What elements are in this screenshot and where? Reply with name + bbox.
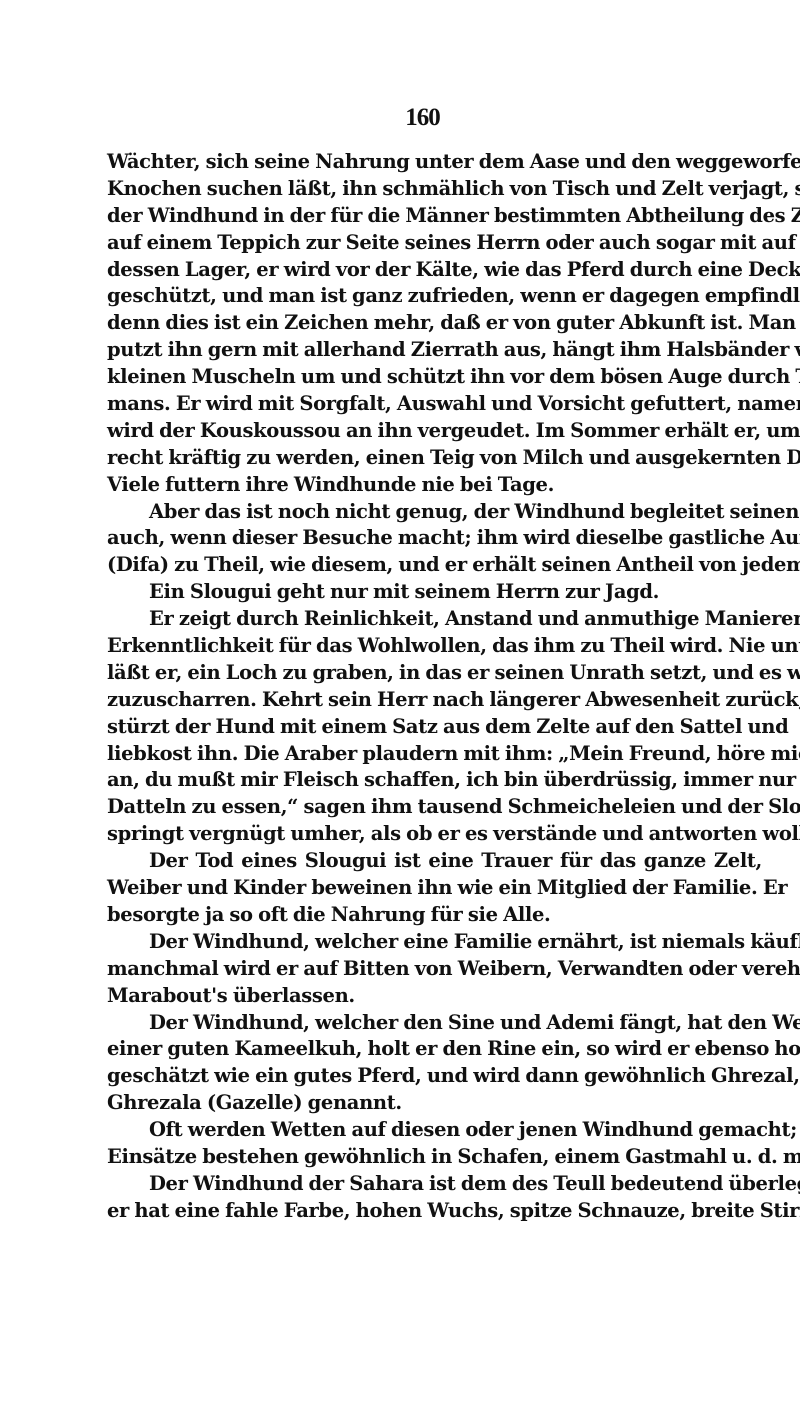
text-line: läßt er, ein Loch zu graben, in das er s… xyxy=(107,660,762,687)
text-line: recht kräftig zu werden, einen Teig von … xyxy=(107,445,762,472)
text-line: auf einem Teppich zur Seite seines Herrn… xyxy=(107,230,762,257)
text-line: er hat eine fahle Farbe, hohen Wuchs, sp… xyxy=(107,1198,762,1225)
text-line: der Windhund in der für die Männer besti… xyxy=(107,203,762,230)
text-line: stürzt der Hund mit einem Satz aus dem Z… xyxy=(107,714,762,741)
paragraph-start-line: Ein Slougui geht nur mit seinem Herrn zu… xyxy=(107,579,762,606)
text-line: Ghrezala (Gazelle) genannt. xyxy=(107,1090,762,1117)
text-line: Datteln zu essen,“ sagen ihm tausend Sch… xyxy=(107,794,762,821)
body-text: Wächter, sich seine Nahrung unter dem Aa… xyxy=(107,149,762,1225)
paragraph-start-line: Er zeigt durch Reinlichkeit, Anstand und… xyxy=(107,606,762,633)
text-line: mans. Er wird mit Sorgfalt, Auswahl und … xyxy=(107,391,762,418)
text-line: geschätzt wie ein gutes Pferd, und wird … xyxy=(107,1063,762,1090)
text-line: dessen Lager, er wird vor der Kälte, wie… xyxy=(107,257,762,284)
text-line: besorgte ja so oft die Nahrung für sie A… xyxy=(107,902,762,929)
text-line: Viele futtern ihre Windhunde nie bei Tag… xyxy=(107,472,762,499)
text-line: manchmal wird er auf Bitten von Weibern,… xyxy=(107,956,762,983)
paragraph-start-line: Der Windhund der Sahara ist dem des Teul… xyxy=(107,1171,762,1198)
text-line: Marabout's überlassen. xyxy=(107,983,762,1010)
text-line: Wächter, sich seine Nahrung unter dem Aa… xyxy=(107,149,762,176)
text-line: liebkost ihn. Die Araber plaudern mit ih… xyxy=(107,741,762,768)
paragraph-start-line: Der Tod eines Slougui ist eine Trauer fü… xyxy=(107,848,762,875)
text-line: einer guten Kameelkuh, holt er den Rine … xyxy=(107,1036,762,1063)
text-line: Einsätze bestehen gewöhnlich in Schafen,… xyxy=(107,1144,762,1171)
text-line: auch, wenn dieser Besuche macht; ihm wir… xyxy=(107,525,762,552)
text-line: putzt ihn gern mit allerhand Zierrath au… xyxy=(107,337,762,364)
text-line: Erkenntlichkeit für das Wohlwollen, das … xyxy=(107,633,762,660)
text-line: Knochen suchen läßt, ihn schmählich von … xyxy=(107,176,762,203)
text-line: springt vergnügt umher, als ob er es ver… xyxy=(107,821,762,848)
page-number: 160 xyxy=(0,104,800,132)
text-line: (Difa) zu Theil, wie diesem, und er erhä… xyxy=(107,552,762,579)
text-line: Weiber und Kinder beweinen ihn wie ein M… xyxy=(107,875,762,902)
text-line: geschützt, und man ist ganz zufrieden, w… xyxy=(107,283,762,310)
paragraph-start-line: Oft werden Wetten auf diesen oder jenen … xyxy=(107,1117,762,1144)
text-line: kleinen Muscheln um und schützt ihn vor … xyxy=(107,364,762,391)
text-line: zuzuscharren. Kehrt sein Herr nach länge… xyxy=(107,687,762,714)
text-line: wird der Kouskoussou an ihn vergeudet. I… xyxy=(107,418,762,445)
paragraph-start-line: Aber das ist noch nicht genug, der Windh… xyxy=(107,499,762,526)
paragraph-start-line: Der Windhund, welcher den Sine und Ademi… xyxy=(107,1010,762,1037)
text-line: denn dies ist ein Zeichen mehr, daß er v… xyxy=(107,310,762,337)
text-line: an, du mußt mir Fleisch schaffen, ich bi… xyxy=(107,767,762,794)
paragraph-start-line: Der Windhund, welcher eine Familie ernäh… xyxy=(107,929,762,956)
